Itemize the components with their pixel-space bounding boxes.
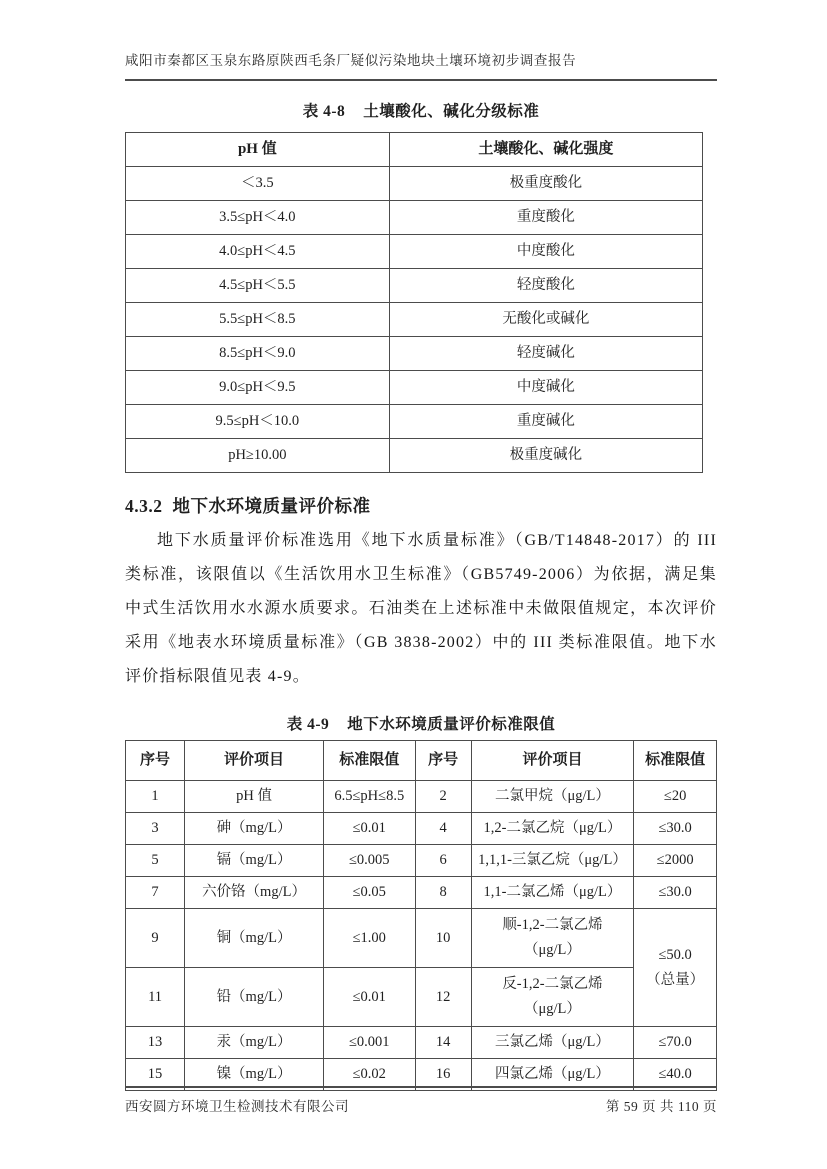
table-cell: 中度酸化 bbox=[389, 235, 702, 269]
table-cell: ≤0.01 bbox=[323, 813, 415, 845]
table-cell: 三氯乙烯（μg/L） bbox=[471, 1027, 634, 1059]
table-cell: 4.5≤pH＜5.5 bbox=[126, 269, 390, 303]
table-cell: 1 bbox=[126, 781, 185, 813]
table-row: 9 铜（mg/L） ≤1.00 10 顺-1,2-二氯乙烯 （μg/L） ≤50… bbox=[126, 909, 717, 968]
table-cell: ≤30.0 bbox=[634, 877, 717, 909]
table-cell: 1,2-二氯乙烷（μg/L） bbox=[471, 813, 634, 845]
table-cell: 4 bbox=[415, 813, 471, 845]
column-header: 标准限值 bbox=[323, 741, 415, 781]
column-header: 序号 bbox=[126, 741, 185, 781]
table-cell: 9.0≤pH＜9.5 bbox=[126, 371, 390, 405]
table-4-8-label: 表 4-8 bbox=[303, 99, 346, 121]
body-paragraph: 地下水质量评价标准选用《地下水质量标准》（GB/T14848-2017）的 II… bbox=[125, 524, 717, 694]
table-4-9-title: 表 4-9 地下水环境质量评价标准限值 bbox=[125, 712, 717, 734]
column-header: 序号 bbox=[415, 741, 471, 781]
table-cell: 极重度碱化 bbox=[389, 439, 702, 473]
page-footer: 西安圆方环境卫生检测技术有限公司 第 59 页 共 110 页 bbox=[125, 1086, 717, 1115]
table-row: 1 pH 值 6.5≤pH≤8.5 2 二氯甲烷（μg/L） ≤20 bbox=[126, 781, 717, 813]
table-cell: 7 bbox=[126, 877, 185, 909]
table-row: 4.0≤pH＜4.5 中度酸化 bbox=[126, 235, 703, 269]
table-cell: ≤2000 bbox=[634, 845, 717, 877]
table-cell: 重度碱化 bbox=[389, 405, 702, 439]
table-cell: 铅（mg/L） bbox=[185, 968, 324, 1027]
table-row: 3.5≤pH＜4.0 重度酸化 bbox=[126, 201, 703, 235]
table-cell: ＜3.5 bbox=[126, 167, 390, 201]
table-cell: ≤0.005 bbox=[323, 845, 415, 877]
table-cell: 砷（mg/L） bbox=[185, 813, 324, 845]
column-header: 评价项目 bbox=[471, 741, 634, 781]
table-cell: ≤0.05 bbox=[323, 877, 415, 909]
table-cell: ≤0.01 bbox=[323, 968, 415, 1027]
table-header-row: 序号 评价项目 标准限值 序号 评价项目 标准限值 bbox=[126, 741, 717, 781]
table-cell: 9.5≤pH＜10.0 bbox=[126, 405, 390, 439]
table-cell: 极重度酸化 bbox=[389, 167, 702, 201]
table-cell: 无酸化或碱化 bbox=[389, 303, 702, 337]
table-cell: 5 bbox=[126, 845, 185, 877]
table-cell: 镉（mg/L） bbox=[185, 845, 324, 877]
table-row: 4.5≤pH＜5.5 轻度酸化 bbox=[126, 269, 703, 303]
document-page: 咸阳市秦都区玉泉东路原陕西毛条厂疑似污染地块土壤环境初步调查报告 表 4-8 土… bbox=[0, 0, 827, 1169]
table-row: 13 汞（mg/L） ≤0.001 14 三氯乙烯（μg/L） ≤70.0 bbox=[126, 1027, 717, 1059]
table-row: 11 铅（mg/L） ≤0.01 12 反-1,2-二氯乙烯 （μg/L） bbox=[126, 968, 717, 1027]
table-cell: 1,1-二氯乙烯（μg/L） bbox=[471, 877, 634, 909]
section-number: 4.3.2 bbox=[125, 496, 163, 517]
table-cell: 8 bbox=[415, 877, 471, 909]
table-cell: 3 bbox=[126, 813, 185, 845]
table-cell: 汞（mg/L） bbox=[185, 1027, 324, 1059]
table-4-8: pH 值 土壤酸化、碱化强度 ＜3.5 极重度酸化 3.5≤pH＜4.0 重度酸… bbox=[125, 132, 703, 473]
table-cell: pH≥10.00 bbox=[126, 439, 390, 473]
section-heading: 4.3.2 地下水环境质量评价标准 bbox=[125, 493, 717, 518]
table-row: 9.5≤pH＜10.0 重度碱化 bbox=[126, 405, 703, 439]
table-row: 8.5≤pH＜9.0 轻度碱化 bbox=[126, 337, 703, 371]
table-cell: 2 bbox=[415, 781, 471, 813]
section-title: 地下水环境质量评价标准 bbox=[173, 493, 371, 518]
table-row: 5.5≤pH＜8.5 无酸化或碱化 bbox=[126, 303, 703, 337]
table-cell: ≤70.0 bbox=[634, 1027, 717, 1059]
table-row: 5 镉（mg/L） ≤0.005 6 1,1,1-三氯乙烷（μg/L） ≤200… bbox=[126, 845, 717, 877]
table-cell: 4.0≤pH＜4.5 bbox=[126, 235, 390, 269]
table-cell: 5.5≤pH＜8.5 bbox=[126, 303, 390, 337]
table-header-row: pH 值 土壤酸化、碱化强度 bbox=[126, 133, 703, 167]
table-cell: 14 bbox=[415, 1027, 471, 1059]
table-cell: 重度酸化 bbox=[389, 201, 702, 235]
column-header: 标准限值 bbox=[634, 741, 717, 781]
table-cell: 轻度酸化 bbox=[389, 269, 702, 303]
table-cell: ≤1.00 bbox=[323, 909, 415, 968]
table-cell: 1,1,1-三氯乙烷（μg/L） bbox=[471, 845, 634, 877]
table-4-8-caption: 土壤酸化、碱化分级标准 bbox=[363, 99, 539, 121]
table-cell: ≤30.0 bbox=[634, 813, 717, 845]
table-4-9-label: 表 4-9 bbox=[287, 712, 330, 734]
footer-company: 西安圆方环境卫生检测技术有限公司 bbox=[125, 1095, 349, 1115]
table-cell: 六价铬（mg/L） bbox=[185, 877, 324, 909]
column-header: 评价项目 bbox=[185, 741, 324, 781]
column-header: 土壤酸化、碱化强度 bbox=[389, 133, 702, 167]
table-cell: ≤20 bbox=[634, 781, 717, 813]
table-cell: 10 bbox=[415, 909, 471, 968]
table-cell: 二氯甲烷（μg/L） bbox=[471, 781, 634, 813]
table-row: 3 砷（mg/L） ≤0.01 4 1,2-二氯乙烷（μg/L） ≤30.0 bbox=[126, 813, 717, 845]
table-row: pH≥10.00 极重度碱化 bbox=[126, 439, 703, 473]
table-cell: 6 bbox=[415, 845, 471, 877]
table-cell-merged: ≤50.0 （总量） bbox=[634, 909, 717, 1027]
table-row: 9.0≤pH＜9.5 中度碱化 bbox=[126, 371, 703, 405]
table-cell: 铜（mg/L） bbox=[185, 909, 324, 968]
table-cell: 反-1,2-二氯乙烯 （μg/L） bbox=[471, 968, 634, 1027]
table-cell: 9 bbox=[126, 909, 185, 968]
table-cell: 12 bbox=[415, 968, 471, 1027]
table-cell: 13 bbox=[126, 1027, 185, 1059]
table-cell: pH 值 bbox=[185, 781, 324, 813]
table-row: 7 六价铬（mg/L） ≤0.05 8 1,1-二氯乙烯（μg/L） ≤30.0 bbox=[126, 877, 717, 909]
page-header-title: 咸阳市秦都区玉泉东路原陕西毛条厂疑似污染地块土壤环境初步调查报告 bbox=[125, 52, 717, 70]
table-4-9: 序号 评价项目 标准限值 序号 评价项目 标准限值 1 pH 值 6.5≤pH≤… bbox=[125, 740, 717, 1091]
column-header: pH 值 bbox=[126, 133, 390, 167]
table-4-9-caption: 地下水环境质量评价标准限值 bbox=[347, 712, 555, 734]
table-row: ＜3.5 极重度酸化 bbox=[126, 167, 703, 201]
table-cell: 6.5≤pH≤8.5 bbox=[323, 781, 415, 813]
table-cell: 顺-1,2-二氯乙烯 （μg/L） bbox=[471, 909, 634, 968]
table-cell: 轻度碱化 bbox=[389, 337, 702, 371]
table-4-8-title: 表 4-8 土壤酸化、碱化分级标准 bbox=[125, 99, 717, 121]
table-cell: 8.5≤pH＜9.0 bbox=[126, 337, 390, 371]
footer-page-number: 第 59 页 共 110 页 bbox=[606, 1095, 717, 1115]
table-cell: 中度碱化 bbox=[389, 371, 702, 405]
table-cell: ≤0.001 bbox=[323, 1027, 415, 1059]
table-cell: 11 bbox=[126, 968, 185, 1027]
page-header: 咸阳市秦都区玉泉东路原陕西毛条厂疑似污染地块土壤环境初步调查报告 bbox=[125, 52, 717, 81]
table-cell: 3.5≤pH＜4.0 bbox=[126, 201, 390, 235]
